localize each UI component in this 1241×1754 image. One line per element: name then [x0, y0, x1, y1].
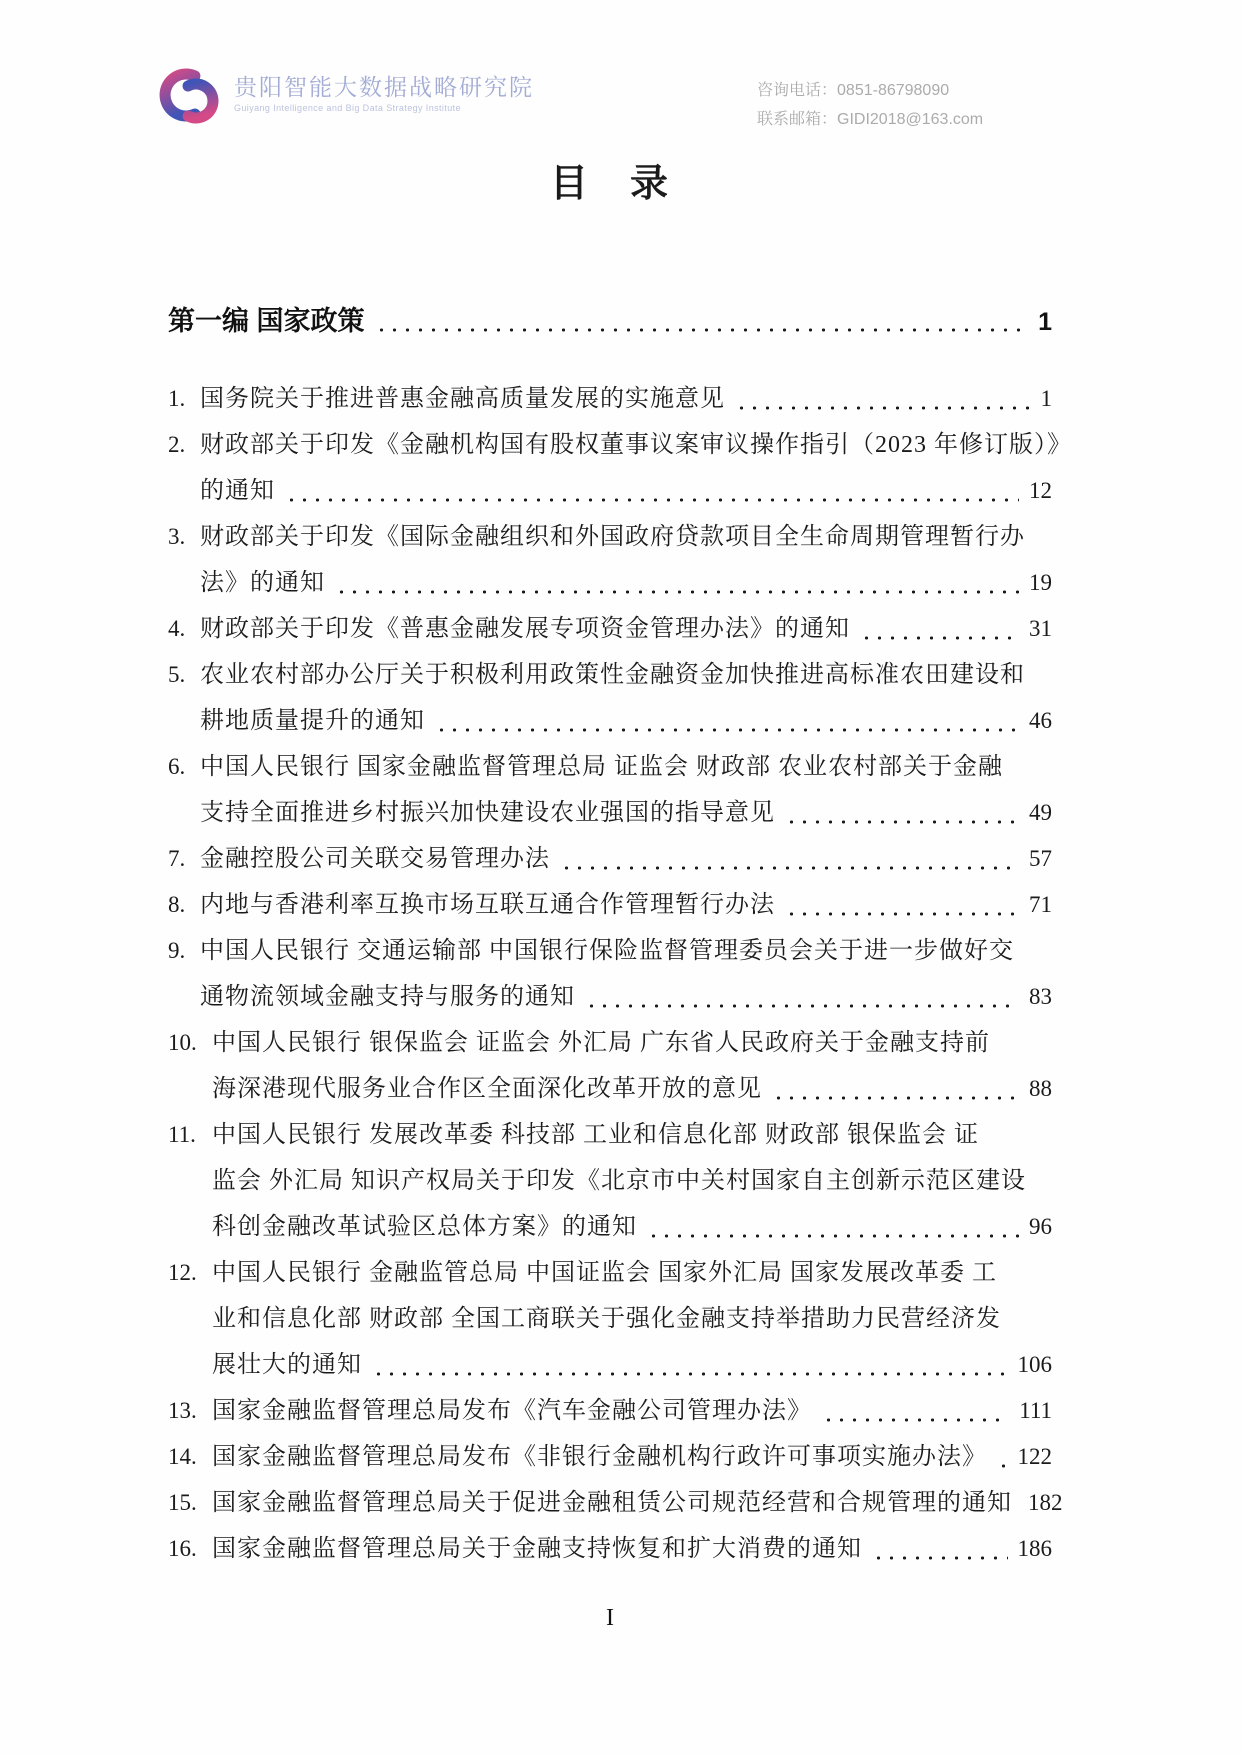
entry-number	[168, 698, 200, 744]
entry-number: 2.	[168, 422, 200, 468]
entry-number	[168, 1066, 212, 1112]
entry-number: 11.	[168, 1112, 212, 1158]
entry-text: 财政部关于印发《普惠金融发展专项资金管理办法》的通知	[200, 606, 850, 652]
leader-dots	[781, 882, 1019, 928]
toc-entry-line: 15.国家金融监督管理总局关于促进金融租赁公司规范经营和合规管理的通知182	[168, 1480, 1052, 1526]
entry-text: 内地与香港利率互换市场互联互通合作管理暂行办法	[200, 882, 775, 928]
toc-entry: 7.金融控股公司关联交易管理办法57	[168, 836, 1052, 882]
entry-text: 业和信息化部 财政部 全国工商联关于强化金融支持举措助力民营经济发	[212, 1296, 1001, 1342]
entry-number: 8.	[168, 882, 200, 928]
entry-number	[168, 1296, 212, 1342]
entry-text: 支持全面推进乡村振兴加快建设农业强国的指导意见	[200, 790, 775, 836]
toc-entry-line: 10.中国人民银行 银保监会 证监会 外汇局 广东省人民政府关于金融支持前	[168, 1020, 1052, 1066]
toc-entry-line: 14.国家金融监督管理总局发布《非银行金融机构行政许可事项实施办法》122	[168, 1434, 1052, 1480]
entry-text: 财政部关于印发《国际金融组织和外国政府贷款项目全生命周期管理暂行办	[200, 514, 1025, 560]
entry-number: 1.	[168, 376, 200, 422]
leader-dots	[581, 974, 1019, 1020]
leader-dots	[781, 790, 1019, 836]
entry-number	[168, 1204, 212, 1250]
leader-dots	[643, 1204, 1019, 1250]
entry-text: 中国人民银行 银保监会 证监会 外汇局 广东省人民政府关于金融支持前	[212, 1020, 990, 1066]
entry-number: 13.	[168, 1388, 212, 1434]
leader-dots	[331, 560, 1019, 606]
toc-entry-line: 11.中国人民银行 发展改革委 科技部 工业和信息化部 财政部 银保监会 证	[168, 1112, 1052, 1158]
entry-page-number: 182	[1028, 1480, 1063, 1526]
toc-entry: 5.农业农村部办公厅关于积极利用政策性金融资金加快推进高标准农田建设和耕地质量提…	[168, 652, 1052, 744]
toc-entry-line: 1.国务院关于推进普惠金融高质量发展的实施意见1	[168, 376, 1052, 422]
entry-number: 4.	[168, 606, 200, 652]
entry-page-number: 46	[1029, 698, 1052, 744]
entry-number: 12.	[168, 1250, 212, 1296]
toc-entry-line: 2.财政部关于印发《金融机构国有股权董事议案审议操作指引（2023 年修订版）》	[168, 422, 1052, 468]
entry-number: 15.	[168, 1480, 212, 1526]
contact-email-label: 联系邮箱：	[757, 111, 837, 128]
entry-text: 国家金融监督管理总局关于金融支持恢复和扩大消费的通知	[212, 1526, 862, 1572]
toc-entry: 13.国家金融监督管理总局发布《汽车金融公司管理办法》111	[168, 1388, 1052, 1434]
entry-number	[168, 1158, 212, 1204]
entry-number: 3.	[168, 514, 200, 560]
entry-text: 展壮大的通知	[212, 1342, 362, 1388]
toc-entry: 10.中国人民银行 银保监会 证监会 外汇局 广东省人民政府关于金融支持前海深港…	[168, 1020, 1052, 1112]
section-page-number: 1	[1038, 299, 1052, 345]
entry-text: 耕地质量提升的通知	[200, 698, 425, 744]
toc-entry-line: 4.财政部关于印发《普惠金融发展专项资金管理办法》的通知31	[168, 606, 1052, 652]
contact-info: 咨询电话：0851-86798090 联系邮箱：GIDI2018@163.com	[757, 76, 983, 134]
entry-page-number: 106	[1018, 1342, 1053, 1388]
toc-entry: 6.中国人民银行 国家金融监督管理总局 证监会 财政部 农业农村部关于金融支持全…	[168, 744, 1052, 836]
toc-entry-line: 12.中国人民银行 金融监管总局 中国证监会 国家外汇局 国家发展改革委 工	[168, 1250, 1052, 1296]
toc-entries: 1.国务院关于推进普惠金融高质量发展的实施意见12.财政部关于印发《金融机构国有…	[168, 376, 1052, 1572]
toc-entry: 4.财政部关于印发《普惠金融发展专项资金管理办法》的通知31	[168, 606, 1052, 652]
entry-number: 9.	[168, 928, 200, 974]
entry-text: 法》的通知	[200, 560, 325, 606]
entry-text: 农业农村部办公厅关于积极利用政策性金融资金加快推进高标准农田建设和	[200, 652, 1025, 698]
leader-dots	[818, 1388, 1009, 1434]
toc-entry-line: 6.中国人民银行 国家金融监督管理总局 证监会 财政部 农业农村部关于金融	[168, 744, 1052, 790]
leader-dots	[368, 1342, 1008, 1388]
toc-entry: 15.国家金融监督管理总局关于促进金融租赁公司规范经营和合规管理的通知182	[168, 1480, 1052, 1526]
entry-text: 中国人民银行 国家金融监督管理总局 证监会 财政部 农业农村部关于金融	[200, 744, 1003, 790]
toc-entry-line: 9.中国人民银行 交通运输部 中国银行保险监督管理委员会关于进一步做好交	[168, 928, 1052, 974]
contact-phone-label: 咨询电话：	[757, 82, 837, 99]
toc-entry-line: 科创金融改革试验区总体方案》的通知96	[168, 1204, 1052, 1250]
entry-page-number: 57	[1029, 836, 1052, 882]
entry-text: 国务院关于推进普惠金融高质量发展的实施意见	[200, 376, 725, 422]
toc-entry-line: 5.农业农村部办公厅关于积极利用政策性金融资金加快推进高标准农田建设和	[168, 652, 1052, 698]
entry-page-number: 31	[1029, 606, 1052, 652]
toc-entry-line: 16.国家金融监督管理总局关于金融支持恢复和扩大消费的通知186	[168, 1526, 1052, 1572]
entry-page-number: 83	[1029, 974, 1052, 1020]
entry-number	[168, 1342, 212, 1388]
entry-number	[168, 560, 200, 606]
contact-email-value: GIDI2018@163.com	[837, 111, 983, 128]
entry-number: 16.	[168, 1526, 212, 1572]
leader-dots	[556, 836, 1019, 882]
toc-entry-line: 海深港现代服务业合作区全面深化改革开放的意见88	[168, 1066, 1052, 1112]
toc-entry: 12.中国人民银行 金融监管总局 中国证监会 国家外汇局 国家发展改革委 工业和…	[168, 1250, 1052, 1388]
entry-text: 通物流领域金融支持与服务的通知	[200, 974, 575, 1020]
entry-text: 财政部关于印发《金融机构国有股权董事议案审议操作指引（2023 年修订版）》	[200, 422, 1072, 468]
entry-page-number: 111	[1019, 1388, 1052, 1434]
leader-dots	[281, 468, 1019, 514]
institute-logo: 贵阳智能大数据战略研究院 Guiyang Intelligence and Bi…	[148, 64, 534, 131]
entry-number	[168, 468, 200, 514]
entry-page-number: 49	[1029, 790, 1052, 836]
entry-text: 国家金融监督管理总局关于促进金融租赁公司规范经营和合规管理的通知	[212, 1480, 1012, 1526]
contact-phone-row: 咨询电话：0851-86798090	[757, 76, 983, 105]
toc-section-heading: 第一编 国家政策 1	[168, 298, 1052, 344]
entry-page-number: 1	[1041, 376, 1053, 422]
leader-dots	[993, 1434, 1008, 1480]
toc-entry-line: 3.财政部关于印发《国际金融组织和外国政府贷款项目全生命周期管理暂行办	[168, 514, 1052, 560]
entry-page-number: 12	[1029, 468, 1052, 514]
toc-entry-line: 13.国家金融监督管理总局发布《汽车金融公司管理办法》111	[168, 1388, 1052, 1434]
entry-page-number: 71	[1029, 882, 1052, 928]
entry-page-number: 186	[1018, 1526, 1053, 1572]
contact-phone-value: 0851-86798090	[837, 82, 949, 99]
logo-text-block: 贵阳智能大数据战略研究院 Guiyang Intelligence and Bi…	[234, 64, 534, 114]
leader-dots	[731, 376, 1031, 422]
document-page: 贵阳智能大数据战略研究院 Guiyang Intelligence and Bi…	[0, 0, 1241, 1754]
toc-entry-line: 监会 外汇局 知识产权局关于印发《北京市中关村国家自主创新示范区建设	[168, 1158, 1052, 1204]
page-header: 贵阳智能大数据战略研究院 Guiyang Intelligence and Bi…	[0, 0, 1241, 150]
leader-dots	[431, 698, 1019, 744]
toc-entry-line: 法》的通知19	[168, 560, 1052, 606]
entry-text: 国家金融监督管理总局发布《非银行金融机构行政许可事项实施办法》	[212, 1434, 987, 1480]
leader-dots	[768, 1066, 1019, 1112]
page-title: 目 录	[168, 160, 1052, 208]
toc-entry: 16.国家金融监督管理总局关于金融支持恢复和扩大消费的通知186	[168, 1526, 1052, 1572]
toc-entry-line: 7.金融控股公司关联交易管理办法57	[168, 836, 1052, 882]
toc-entry: 9.中国人民银行 交通运输部 中国银行保险监督管理委员会关于进一步做好交通物流领…	[168, 928, 1052, 1020]
toc-entry-line: 业和信息化部 财政部 全国工商联关于强化金融支持举措助力民营经济发	[168, 1296, 1052, 1342]
entry-page-number: 19	[1029, 560, 1052, 606]
toc-entry: 2.财政部关于印发《金融机构国有股权董事议案审议操作指引（2023 年修订版）》…	[168, 422, 1052, 514]
leader-dots	[371, 298, 1029, 344]
toc-entry: 3.财政部关于印发《国际金融组织和外国政府贷款项目全生命周期管理暂行办法》的通知…	[168, 514, 1052, 606]
entry-page-number: 88	[1029, 1066, 1052, 1112]
logo-mark-icon	[148, 64, 224, 131]
toc-entry-line: 耕地质量提升的通知46	[168, 698, 1052, 744]
entry-number	[168, 790, 200, 836]
toc-entry: 8.内地与香港利率互换市场互联互通合作管理暂行办法71	[168, 882, 1052, 928]
entry-text: 国家金融监督管理总局发布《汽车金融公司管理办法》	[212, 1388, 812, 1434]
toc-entry: 11.中国人民银行 发展改革委 科技部 工业和信息化部 财政部 银保监会 证监会…	[168, 1112, 1052, 1250]
entry-text: 的通知	[200, 468, 275, 514]
toc-entry-line: 支持全面推进乡村振兴加快建设农业强国的指导意见49	[168, 790, 1052, 836]
institute-name-cn: 贵阳智能大数据战略研究院	[234, 74, 534, 100]
entry-number: 5.	[168, 652, 200, 698]
entry-page-number: 96	[1029, 1204, 1052, 1250]
entry-number: 6.	[168, 744, 200, 790]
footer-page-number: I	[168, 1602, 1052, 1634]
toc-entry: 1.国务院关于推进普惠金融高质量发展的实施意见1	[168, 376, 1052, 422]
toc-entry-line: 展壮大的通知106	[168, 1342, 1052, 1388]
entry-number: 7.	[168, 836, 200, 882]
section-label: 第一编 国家政策	[168, 298, 365, 344]
toc-entry: 14.国家金融监督管理总局发布《非银行金融机构行政许可事项实施办法》122	[168, 1434, 1052, 1480]
leader-dots	[868, 1526, 1008, 1572]
entry-text: 科创金融改革试验区总体方案》的通知	[212, 1204, 637, 1250]
leader-dots	[856, 606, 1019, 652]
entry-page-number: 122	[1018, 1434, 1053, 1480]
entry-number: 10.	[168, 1020, 212, 1066]
toc-entry-line: 8.内地与香港利率互换市场互联互通合作管理暂行办法71	[168, 882, 1052, 928]
toc-entry-line: 通物流领域金融支持与服务的通知83	[168, 974, 1052, 1020]
entry-text: 监会 外汇局 知识产权局关于印发《北京市中关村国家自主创新示范区建设	[212, 1158, 1026, 1204]
institute-name-en: Guiyang Intelligence and Big Data Strate…	[234, 102, 534, 114]
toc-entry-line: 的通知12	[168, 468, 1052, 514]
entry-text: 海深港现代服务业合作区全面深化改革开放的意见	[212, 1066, 762, 1112]
entry-text: 中国人民银行 金融监管总局 中国证监会 国家外汇局 国家发展改革委 工	[212, 1250, 997, 1296]
entry-text: 金融控股公司关联交易管理办法	[200, 836, 550, 882]
entry-text: 中国人民银行 交通运输部 中国银行保险监督管理委员会关于进一步做好交	[200, 928, 1014, 974]
entry-text: 中国人民银行 发展改革委 科技部 工业和信息化部 财政部 银保监会 证	[212, 1112, 979, 1158]
entry-number: 14.	[168, 1434, 212, 1480]
entry-number	[168, 974, 200, 1020]
contact-email-row: 联系邮箱：GIDI2018@163.com	[757, 105, 983, 134]
